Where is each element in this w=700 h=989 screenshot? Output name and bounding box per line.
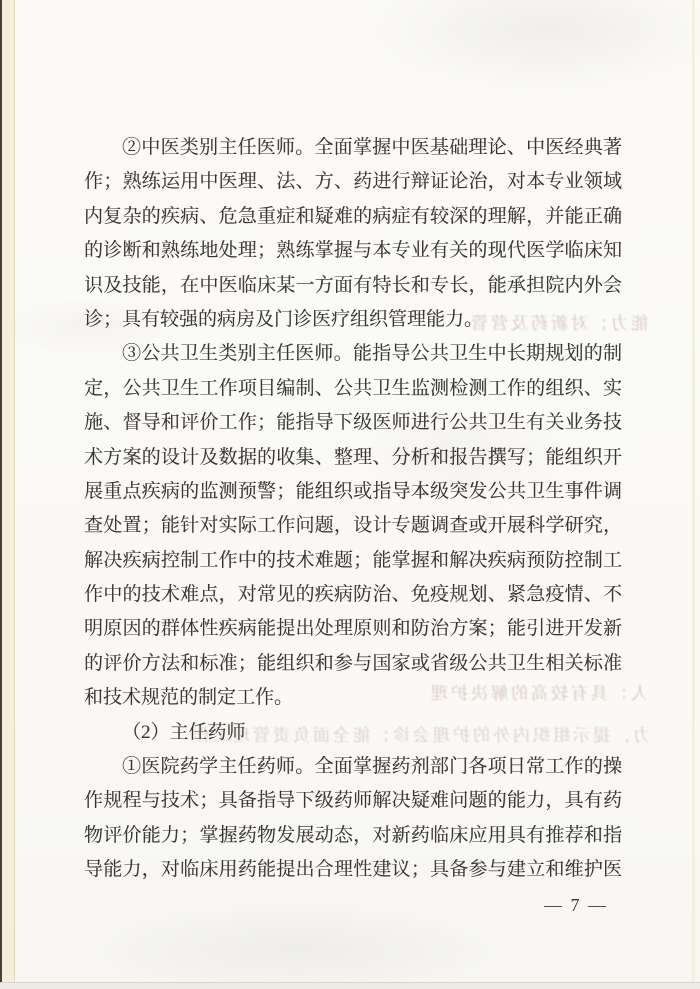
text-line: 内复杂的疾病、危急重症和疑难的病症有较深的理解，并能正确	[84, 200, 622, 234]
text-line: ③公共卫生类别主任医师。能指导公共卫生中长期规划的制	[84, 337, 622, 371]
text-line: 的评价方法和标准；能组织和参与国家或省级公共卫生相关标准	[84, 647, 622, 681]
text-line: 查处置；能针对实际工作问题，设计专题调查或开展科学研究，	[84, 509, 622, 543]
scanned-document-page: ②中医类别主任医师。全面掌握中医基础理论、中医经典著作；熟练运用中医理、法、方、…	[0, 0, 700, 989]
text-line: 诊；具有较强的病房及门诊医疗组织管理能力。	[84, 303, 622, 337]
text-line: 施、督导和评价工作；能指导下级医师进行公共卫生有关业务技	[84, 406, 622, 440]
text-line: 物评价能力；掌握药物发展动态，对新药临床应用具有推荐和指	[84, 819, 622, 853]
text-line: 展重点疾病的监测预警；能组织或指导本级突发公共卫生事件调	[84, 475, 622, 509]
page-edge-line-left	[14, 0, 15, 989]
text-line: 导能力，对临床用药能提出合理性建议；具备参与建立和维护医	[84, 853, 622, 887]
text-line: 作；熟练运用中医理、法、方、药进行辩证论治，对本专业领域	[84, 165, 622, 199]
text-line: 识及技能，在中医临床某一方面有特长和专长，能承担院内外会	[84, 269, 622, 303]
text-line: 解决疾病控制工作中的技术难题；能掌握和解决疾病预防控制工	[84, 544, 622, 578]
page-number: — 7 —	[84, 888, 622, 922]
text-line: 术方案的设计及数据的收集、整理、分析和报告撰写；能组织开	[84, 441, 622, 475]
text-line: 作规程与技术；具备指导下级药师解决疑难问题的能力，具有药	[84, 784, 622, 818]
text-line: 作中的技术难点，对常见的疾病防治、免疫规划、紧急疫情、不	[84, 578, 622, 612]
text-line: （2）主任药师	[84, 716, 622, 750]
text-line: 明原因的群体性疾病能提出处理原则和防治方案；能引进开发新	[84, 612, 622, 646]
page-edge-strip-left	[2, 0, 14, 989]
page-edge-band-bottom	[0, 983, 700, 989]
text-line: 和技术规范的制定工作。	[84, 681, 622, 715]
text-line: ①医院药学主任药师。全面掌握药剂部门各项日常工作的操	[84, 750, 622, 784]
text-line: 的诊断和熟练地处理；熟练掌握与本专业有关的现代医学临床知	[84, 234, 622, 268]
document-body-text: ②中医类别主任医师。全面掌握中医基础理论、中医经典著作；熟练运用中医理、法、方、…	[84, 131, 622, 888]
text-line: ②中医类别主任医师。全面掌握中医基础理论、中医经典著	[84, 131, 622, 165]
page-edge-line-right	[692, 0, 695, 989]
text-line: 定，公共卫生工作项目编制、公共卫生监测检测工作的组织、实	[84, 372, 622, 406]
